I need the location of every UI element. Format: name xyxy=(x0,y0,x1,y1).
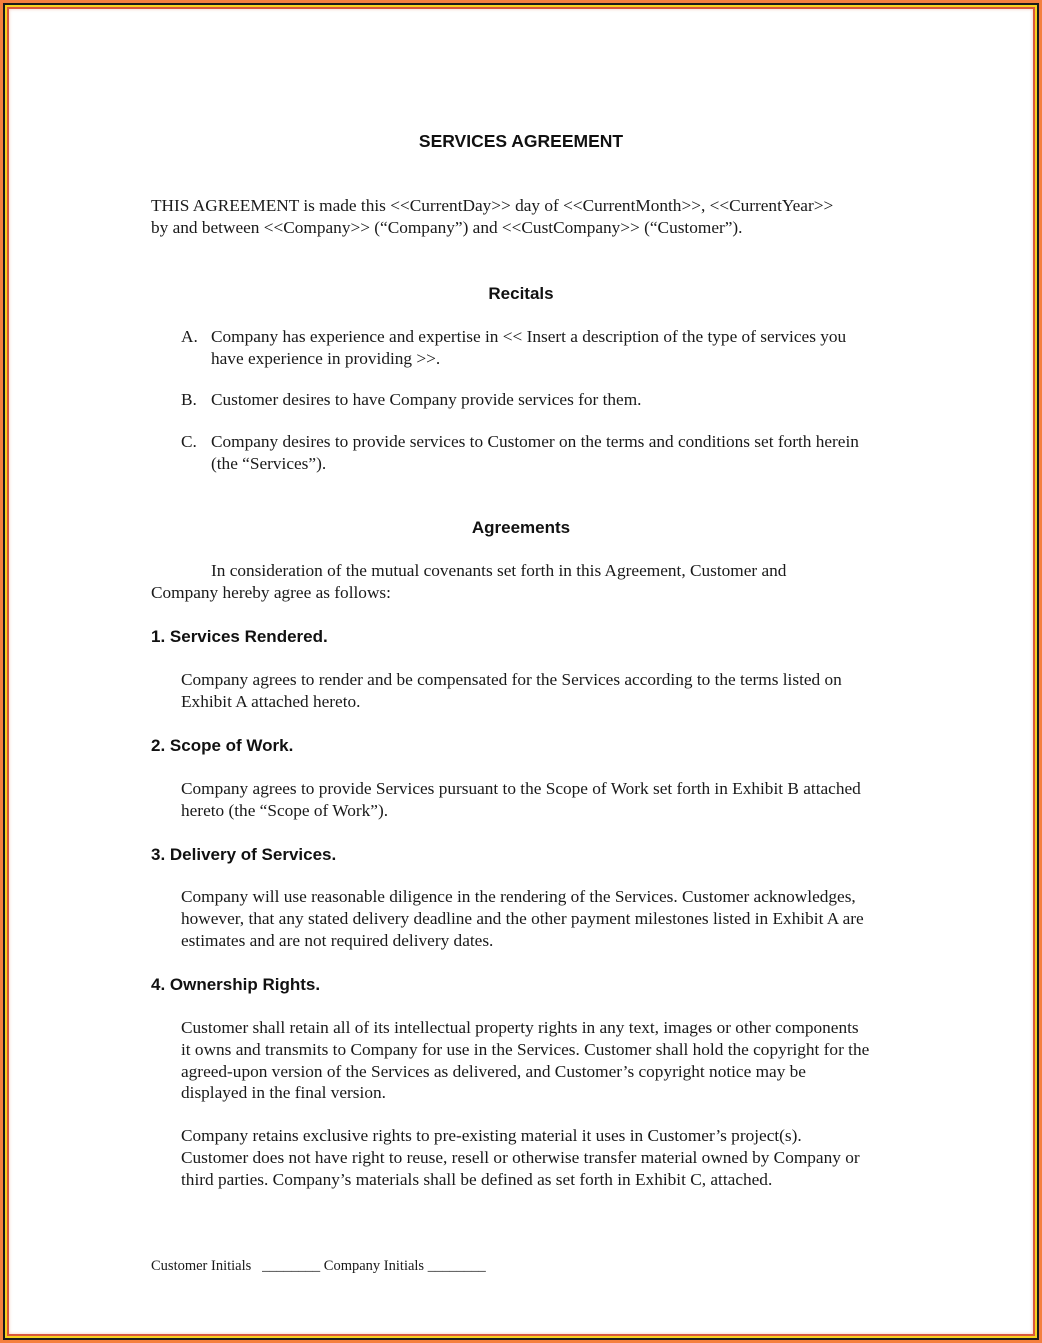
intro-paragraph: THIS AGREEMENT is made this <<CurrentDay… xyxy=(151,195,841,239)
customer-initials-label: Customer Initials xyxy=(151,1258,251,1274)
document-title: SERVICES AGREEMENT xyxy=(0,131,1042,152)
recital-text: Company desires to provide services to C… xyxy=(211,431,871,475)
agreements-intro: In consideration of the mutual covenants… xyxy=(151,560,841,604)
section-heading-services-rendered: 1. Services Rendered. xyxy=(151,627,328,647)
section-paragraph: Customer shall retain all of its intelle… xyxy=(181,1017,871,1104)
recital-label: A. xyxy=(181,326,211,370)
company-initials-blank[interactable]: ________ xyxy=(428,1258,486,1274)
recital-item: A. Company has experience and expertise … xyxy=(181,326,871,370)
company-initials-label: Company Initials xyxy=(324,1258,424,1274)
section-paragraph: Company agrees to render and be compensa… xyxy=(181,669,871,713)
section-heading-scope-of-work: 2. Scope of Work. xyxy=(151,736,293,756)
section-paragraph: Company retains exclusive rights to pre-… xyxy=(181,1125,871,1190)
recital-label: C. xyxy=(181,431,211,475)
section-paragraph: Company agrees to provide Services pursu… xyxy=(181,778,871,822)
agreements-heading: Agreements xyxy=(0,518,1042,538)
recital-item: C. Company desires to provide services t… xyxy=(181,431,871,475)
initials-footer: Customer Initials ________ Company Initi… xyxy=(151,1256,486,1278)
recital-item: B. Customer desires to have Company prov… xyxy=(181,389,871,411)
section-paragraph: Company will use reasonable diligence in… xyxy=(181,886,871,951)
recital-text: Customer desires to have Company provide… xyxy=(211,389,871,411)
recitals-heading: Recitals xyxy=(0,284,1042,304)
section-heading-ownership-rights: 4. Ownership Rights. xyxy=(151,975,320,995)
recital-text: Company has experience and expertise in … xyxy=(211,326,871,370)
customer-initials-blank[interactable]: ________ xyxy=(262,1258,320,1274)
section-heading-delivery-of-services: 3. Delivery of Services. xyxy=(151,845,336,865)
recital-label: B. xyxy=(181,389,211,411)
